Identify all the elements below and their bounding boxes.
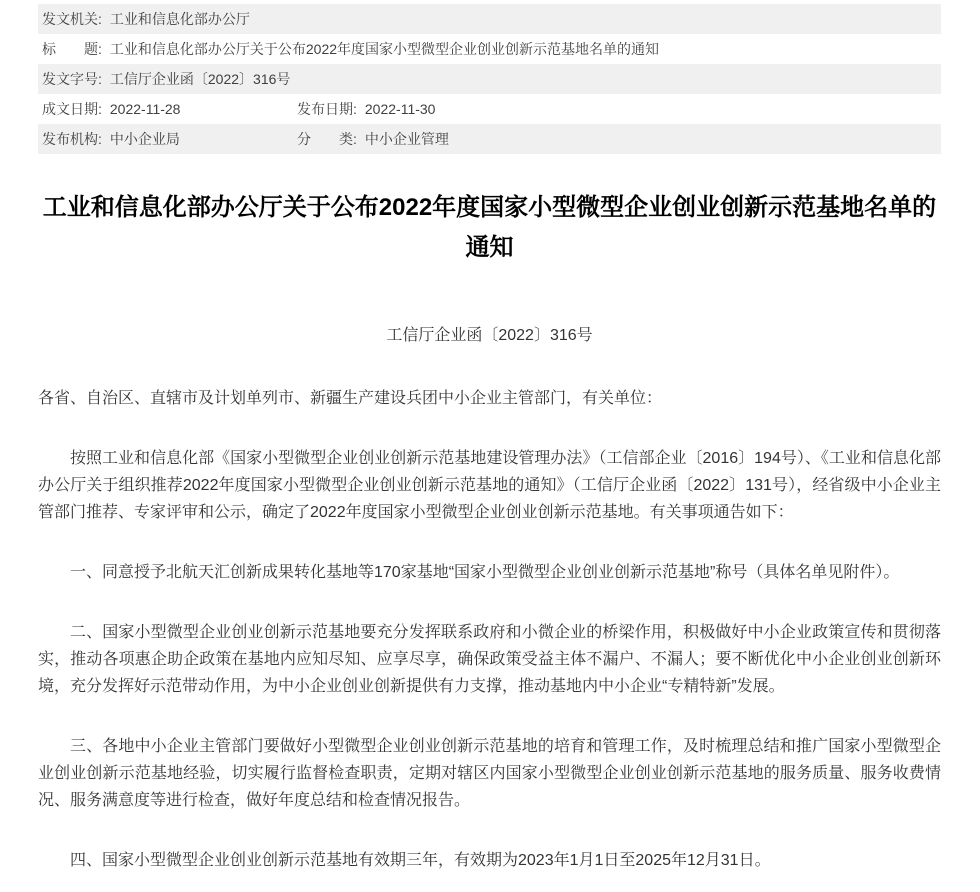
meta-cell-publish-date: 发布日期: 2022-11-30: [293, 94, 435, 124]
meta-cell: 发文字号: 工信厅企业函〔2022〕316号: [38, 64, 290, 94]
meta-row-publisher-category: 发布机构: 中小企业局 分 类: 中小企业管理: [38, 124, 941, 154]
meta-row-title: 标 题: 工业和信息化部办公厅关于公布2022年度国家小型微型企业创业创新示范基…: [38, 34, 941, 64]
meta-label-issuing-agency: 发文机关:: [42, 4, 102, 34]
meta-cell-category: 分 类: 中小企业管理: [293, 124, 449, 154]
salutation: 各省、自治区、直辖市及计划单列市、新疆生产建设兵团中小企业主管部门，有关单位：: [38, 385, 941, 412]
meta-label-publish-date: 发布日期:: [297, 94, 357, 124]
meta-cell-written-date: 成文日期: 2022-11-28: [38, 94, 293, 124]
metadata-table: 发文机关: 工业和信息化部办公厅 标 题: 工业和信息化部办公厅关于公布2022…: [38, 4, 941, 154]
meta-label-publisher: 发布机构:: [42, 124, 102, 154]
paragraph-item-1: 一、同意授予北航天汇创新成果转化基地等170家基地“国家小型微型企业创业创新示范…: [38, 559, 941, 586]
meta-value-written-date: 2022-11-28: [110, 94, 181, 124]
meta-value-publisher: 中小企业局: [110, 124, 180, 154]
meta-label-document-number: 发文字号:: [42, 64, 102, 94]
document-page: 发文机关: 工业和信息化部办公厅 标 题: 工业和信息化部办公厅关于公布2022…: [0, 0, 980, 892]
meta-label-category: 分 类:: [297, 124, 357, 154]
meta-cell-publisher: 发布机构: 中小企业局: [38, 124, 293, 154]
meta-row-document-number: 发文字号: 工信厅企业函〔2022〕316号: [38, 64, 941, 94]
paragraph-intro: 按照工业和信息化部《国家小型微型企业创业创新示范基地建设管理办法》（工信部企业〔…: [38, 445, 941, 526]
document-body: 各省、自治区、直辖市及计划单列市、新疆生产建设兵团中小企业主管部门，有关单位： …: [38, 385, 941, 874]
meta-row-issuing-agency: 发文机关: 工业和信息化部办公厅: [38, 4, 941, 34]
meta-cell: 标 题: 工业和信息化部办公厅关于公布2022年度国家小型微型企业创业创新示范基…: [38, 34, 659, 64]
meta-cell: 发文机关: 工业和信息化部办公厅: [38, 4, 250, 34]
meta-value-document-number: 工信厅企业函〔2022〕316号: [110, 64, 291, 94]
meta-row-dates: 成文日期: 2022-11-28 发布日期: 2022-11-30: [38, 94, 941, 124]
paragraph-item-3: 三、各地中小企业主管部门要做好小型微型企业创业创新示范基地的培育和管理工作，及时…: [38, 733, 941, 814]
paragraph-item-2: 二、国家小型微型企业创业创新示范基地要充分发挥联系政府和小微企业的桥梁作用，积极…: [38, 619, 941, 700]
meta-value-issuing-agency: 工业和信息化部办公厅: [110, 4, 250, 34]
meta-value-category: 中小企业管理: [365, 124, 449, 154]
meta-label-written-date: 成文日期:: [42, 94, 102, 124]
meta-label-title: 标 题:: [42, 34, 102, 64]
meta-value-publish-date: 2022-11-30: [365, 94, 436, 124]
paragraph-item-4: 四、国家小型微型企业创业创新示范基地有效期三年，有效期为2023年1月1日至20…: [38, 847, 941, 874]
document-number: 工信厅企业函〔2022〕316号: [38, 322, 941, 349]
meta-value-title: 工业和信息化部办公厅关于公布2022年度国家小型微型企业创业创新示范基地名单的通…: [110, 34, 659, 64]
document-title: 工业和信息化部办公厅关于公布2022年度国家小型微型企业创业创新示范基地名单的通…: [38, 188, 941, 268]
